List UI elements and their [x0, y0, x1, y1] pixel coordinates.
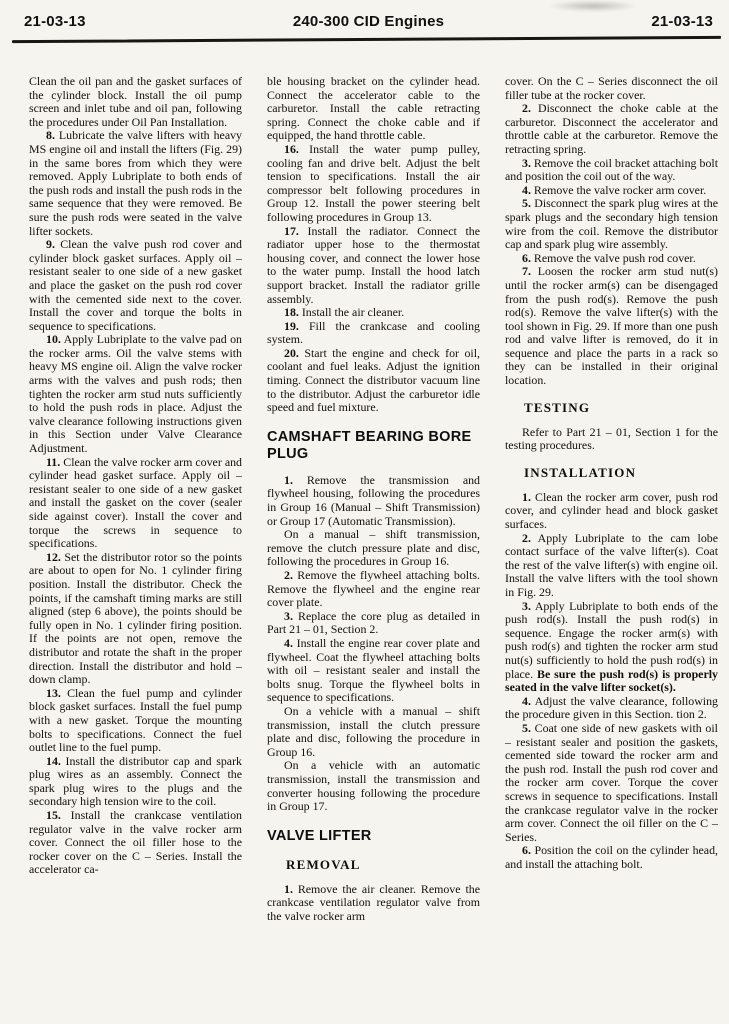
step-number: 5. — [522, 721, 531, 735]
step-paragraph: 10. Apply Lubriplate to the valve pad on… — [29, 333, 242, 455]
subsection-heading: INSTALLATION — [505, 465, 718, 480]
step-paragraph: 1. Clean the rocker arm cover, push rod … — [505, 491, 718, 532]
step-number: 6. — [522, 843, 531, 857]
step-paragraph: 5. Coat one side of new gaskets with oil… — [505, 722, 718, 844]
step-number: 2. — [522, 101, 531, 115]
step-paragraph: 1. Remove the transmission and flywheel … — [267, 474, 480, 528]
step-number: 20. — [284, 346, 299, 360]
step-number: 14. — [46, 754, 61, 768]
step-number: 2. — [522, 531, 531, 545]
step-number: 3. — [522, 599, 531, 613]
step-number: 7. — [522, 264, 531, 278]
bold-emphasis: Be sure the push rod(s) is properly seat… — [505, 667, 718, 695]
step-paragraph: 11. Clean the valve rocker arm cover and… — [29, 456, 242, 551]
step-number: 5. — [522, 196, 531, 210]
step-number: 3. — [522, 156, 531, 170]
step-number: 11. — [46, 455, 60, 469]
step-paragraph: 4. Install the engine rear cover plate a… — [267, 637, 480, 705]
step-number: 4. — [522, 183, 531, 197]
paragraph: On a manual – shift transmission, remove… — [267, 528, 480, 569]
text-columns: Clean the oil pan and the gasket surface… — [0, 41, 729, 923]
scan-smudge — [548, 0, 638, 12]
step-paragraph: 18. Install the air cleaner. — [267, 306, 480, 320]
section-heading: CAMSHAFT BEARING BORE PLUG — [267, 429, 480, 463]
step-number: 8. — [46, 128, 55, 142]
step-paragraph: 4. Adjust the valve clearance, following… — [505, 695, 718, 722]
step-paragraph: 3. Apply Lubriplate to both ends of the … — [505, 600, 718, 695]
step-number: 19. — [284, 319, 299, 333]
step-paragraph: 9. Clean the valve push rod cover and cy… — [29, 238, 242, 333]
step-paragraph: 19. Fill the crankcase and cooling syste… — [267, 320, 480, 347]
step-number: 2. — [284, 568, 293, 582]
subsection-heading: REMOVAL — [267, 857, 480, 872]
step-number: 17. — [284, 224, 299, 238]
paragraph: On a vehicle with an automatic transmiss… — [267, 759, 480, 813]
page-number-left: 21-03-13 — [24, 13, 86, 30]
step-number: 15. — [46, 808, 61, 822]
paragraph: Refer to Part 21 – 01, Section 1 for the… — [505, 426, 718, 453]
section-heading: VALVE LIFTER — [267, 828, 480, 845]
step-number: 12. — [46, 550, 61, 564]
step-paragraph: 13. Clean the fuel pump and cylinder blo… — [29, 687, 242, 755]
step-paragraph: 1. Remove the air cleaner. Remove the cr… — [267, 883, 480, 924]
column-2: ble housing bracket on the cylinder head… — [267, 75, 480, 923]
manual-page: 21-03-13 240-300 CID Engines 21-03-13 Cl… — [0, 0, 729, 1024]
step-paragraph: 3. Replace the core plug as detailed in … — [267, 610, 480, 637]
step-paragraph: 3. Remove the coil bracket attaching bol… — [505, 157, 718, 184]
step-paragraph: 17. Install the radiator. Connect the ra… — [267, 225, 480, 307]
step-number: 10. — [46, 332, 61, 346]
step-paragraph: 2. Disconnect the choke cable at the car… — [505, 102, 718, 156]
step-paragraph: 14. Install the distributor cap and spar… — [29, 755, 242, 809]
step-paragraph: 20. Start the engine and check for oil, … — [267, 347, 480, 415]
step-number: 4. — [284, 636, 293, 650]
step-number: 1. — [284, 473, 293, 487]
step-paragraph: 16. Install the water pump pulley, cooli… — [267, 143, 480, 225]
step-paragraph: 7. Loosen the rocker arm stud nut(s) unt… — [505, 265, 718, 387]
step-number: 3. — [284, 609, 293, 623]
step-paragraph: 6. Position the coil on the cylinder hea… — [505, 844, 718, 871]
step-number: 6. — [522, 251, 531, 265]
step-paragraph: 15. Install the crankcase ventilation re… — [29, 809, 242, 877]
page-title: 240-300 CID Engines — [293, 13, 444, 30]
paragraph: Clean the oil pan and the gasket surface… — [29, 75, 242, 129]
subsection-heading: TESTING — [505, 400, 718, 415]
column-3: cover. On the C – Series disconnect the … — [505, 75, 718, 923]
paragraph: cover. On the C – Series disconnect the … — [505, 75, 718, 102]
paragraph: On a vehicle with a manual – shift trans… — [267, 705, 480, 759]
step-number: 13. — [46, 686, 61, 700]
step-number: 1. — [522, 490, 531, 504]
column-1: Clean the oil pan and the gasket surface… — [29, 75, 242, 923]
page-number-right: 21-03-13 — [651, 13, 713, 30]
step-paragraph: 2. Apply Lubriplate to the cam lobe cont… — [505, 532, 718, 600]
step-number: 4. — [522, 694, 531, 708]
step-paragraph: 12. Set the distributor rotor so the poi… — [29, 551, 242, 687]
step-number: 16. — [284, 142, 299, 156]
paragraph: ble housing bracket on the cylinder head… — [267, 75, 480, 143]
step-paragraph: 5. Disconnect the spark plug wires at th… — [505, 197, 718, 251]
step-paragraph: 6. Remove the valve push rod cover. — [505, 252, 718, 266]
step-number: 9. — [46, 237, 55, 251]
step-paragraph: 4. Remove the valve rocker arm cover. — [505, 184, 718, 198]
step-number: 1. — [284, 882, 293, 896]
step-paragraph: 8. Lubricate the valve lifters with heav… — [29, 129, 242, 238]
step-paragraph: 2. Remove the flywheel attaching bolts. … — [267, 569, 480, 610]
step-number: 18. — [284, 305, 299, 319]
